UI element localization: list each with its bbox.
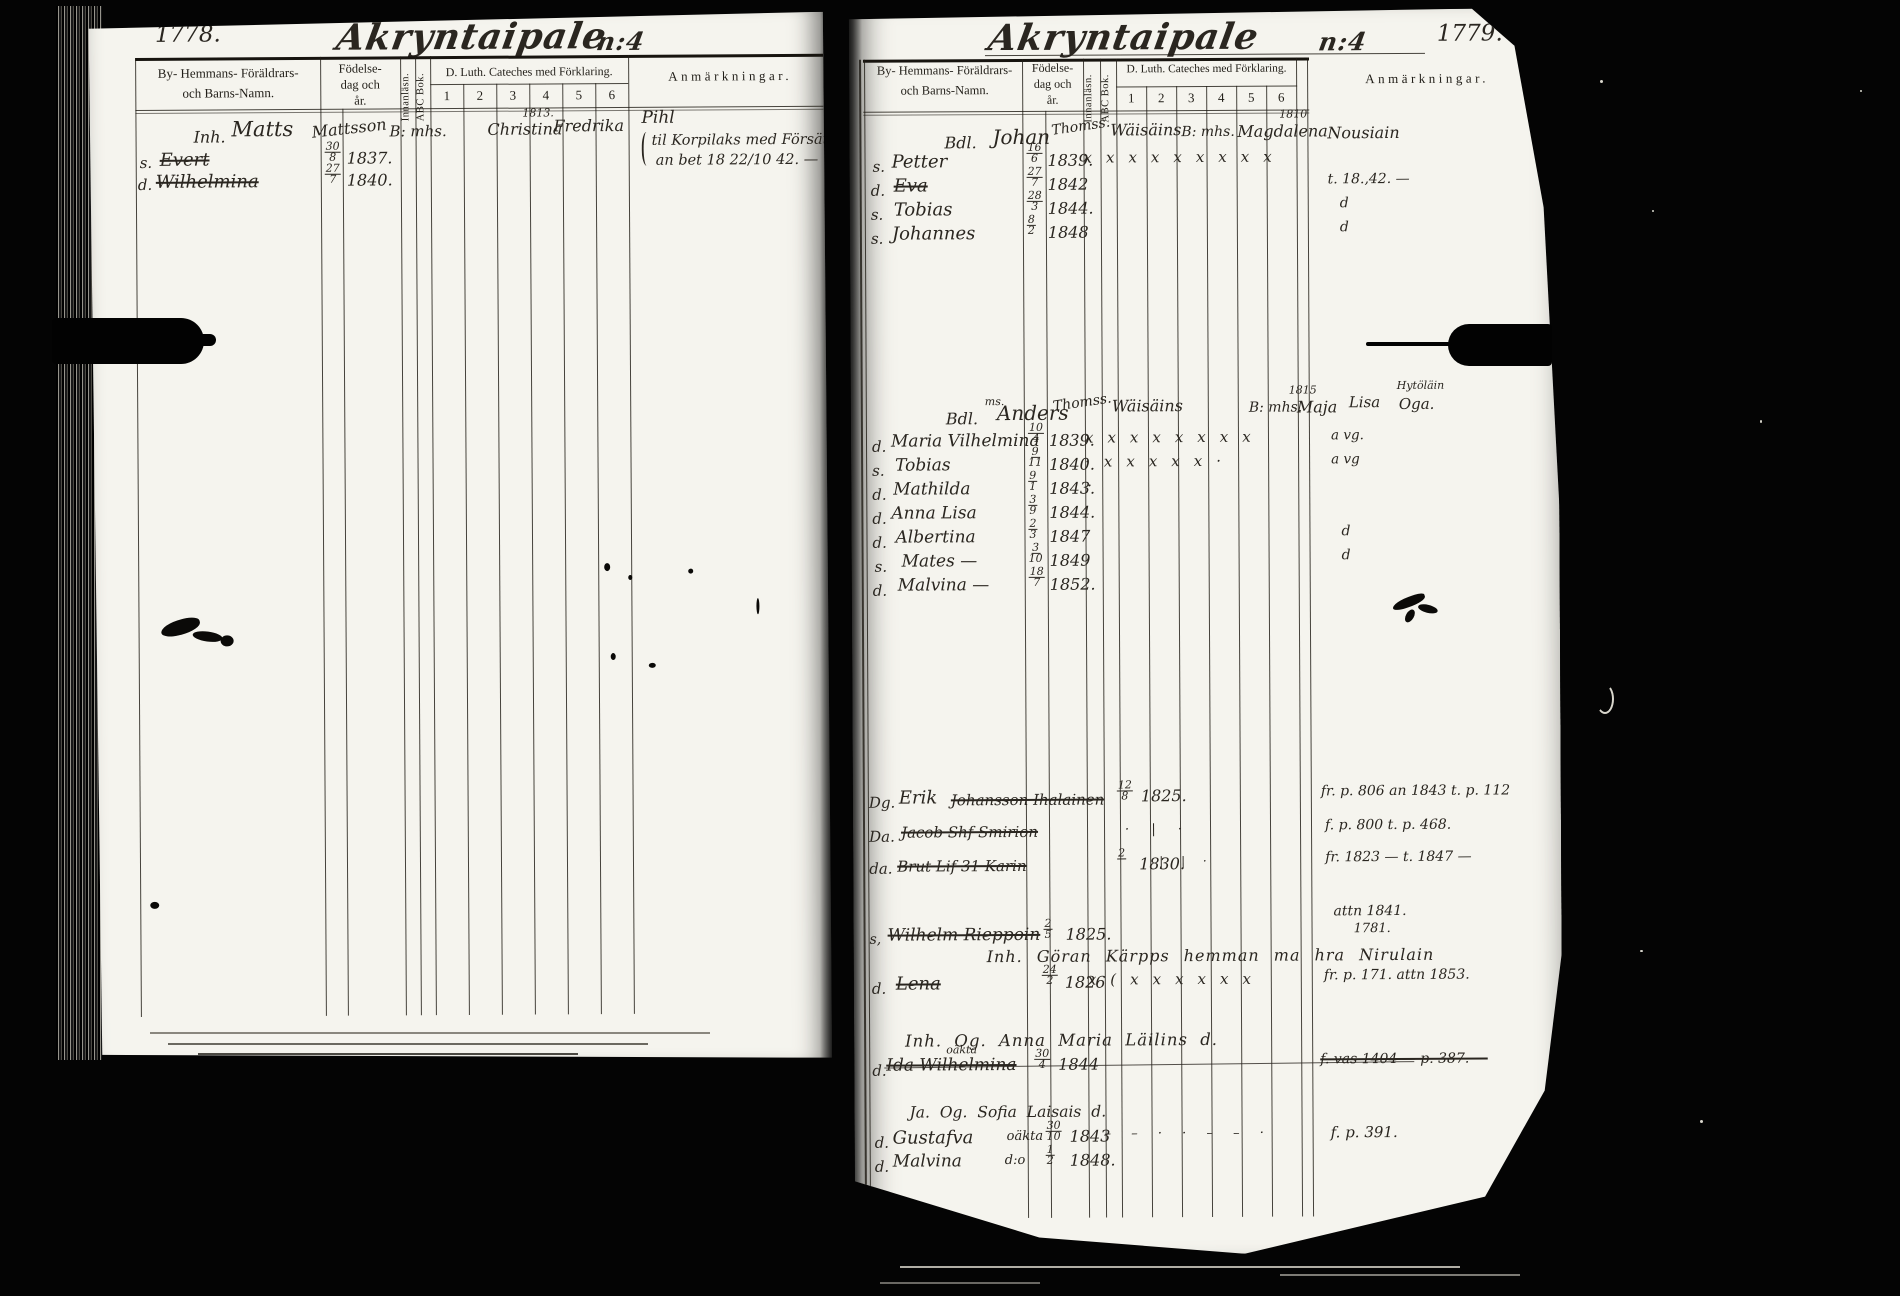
birth-day: 2 <box>1117 848 1126 859</box>
dust-speck <box>1760 420 1762 423</box>
catechism-marks: · <box>1087 477 1106 495</box>
dust-speck <box>1700 1120 1703 1123</box>
birth-year: 1852. <box>1050 575 1096 594</box>
family-head-wife-abbr: B: mhs. <box>1249 399 1302 415</box>
child-name: Tobias <box>894 199 953 220</box>
birth-year: 1848. <box>1070 1150 1116 1169</box>
remark: fr. p. 806 an 1843 t. p. 112 <box>1321 782 1510 799</box>
birth-year: 1849 <box>1050 551 1091 570</box>
col-line-reading <box>415 56 422 1015</box>
scan-streak <box>880 1282 1040 1284</box>
birth-day-fraction: 104 <box>1028 423 1044 444</box>
register-title-number: n:4 <box>595 27 648 56</box>
birth-month: 11 <box>1028 458 1042 468</box>
child-name: Maria Vilhelmina <box>891 431 1040 452</box>
child-relation: d. <box>875 1158 889 1176</box>
ink-speck <box>688 569 693 574</box>
family-head-wife-year: 1810 <box>1279 107 1307 120</box>
register-title-number: n:4 <box>1316 27 1369 56</box>
family-head-patronym: Mattsson <box>311 115 388 142</box>
table-left-border <box>135 58 142 1017</box>
book-gutter <box>820 6 862 1250</box>
column-header-reading: Innanläsn. <box>400 59 415 121</box>
child-relation: d. <box>872 486 886 504</box>
remark: f. p. 800 t. p. 468. <box>1325 817 1451 834</box>
catechism-col-2: 2 <box>463 88 496 104</box>
catechism-col-6: 6 <box>1266 90 1296 106</box>
ink-speck <box>604 563 610 571</box>
row-note: d:o <box>1005 1153 1026 1168</box>
child-relation: d. <box>873 582 887 600</box>
child-name: Anna Lisa <box>891 503 976 523</box>
birth-month: 9 <box>1029 506 1036 516</box>
family-head-wife-year: 1813. <box>522 106 554 119</box>
ink-speck <box>150 902 159 909</box>
family-head-patronym: Thomss. <box>1052 390 1113 414</box>
birth-month: 3 <box>1029 530 1036 540</box>
child-name: Wilhelmina <box>156 171 259 193</box>
col-line-c2 <box>496 84 503 1015</box>
register-title: Akryntaipale <box>985 16 1262 59</box>
birth-year: 1848 <box>1048 223 1089 242</box>
birth-year: 1825. <box>1141 786 1187 805</box>
birth-year: 1844. <box>1049 503 1095 522</box>
page-stack-edge <box>168 1043 648 1045</box>
family-head-patronym: Thomss. <box>1051 114 1112 138</box>
child-relation: d. <box>875 1134 889 1152</box>
book-clasp-left <box>52 318 204 364</box>
family-head-wife-second: Fredrika <box>553 116 624 135</box>
birth-year: 1840. <box>347 170 393 189</box>
birth-day-fraction: 2 <box>1117 848 1126 859</box>
birth-month: 6 <box>1031 154 1038 164</box>
col-line-names <box>320 57 327 1016</box>
birth-day-fraction: 277 <box>325 164 341 185</box>
page-number: 1779. <box>1437 20 1503 46</box>
birth-day-fraction: 166 <box>1026 143 1042 164</box>
birth-year: 1847 <box>1049 527 1090 546</box>
column-header-names-1: By- Hemmans- Föräldrars- <box>867 63 1022 79</box>
row-relation: d. <box>872 1062 886 1080</box>
book-clasp-right-tip <box>1366 342 1452 346</box>
birth-day-fraction: 91 <box>1028 471 1037 492</box>
row-relation: d. <box>872 980 886 998</box>
row-name-struck: Wilhelm Rieppoin <box>888 925 1041 946</box>
col-line-birthyear <box>400 56 407 1015</box>
birth-day-fraction: 3010 <box>1046 1121 1062 1142</box>
page-number: 1778. <box>155 21 221 47</box>
remark: d <box>1341 523 1350 539</box>
remark-line-1: til Korpilaks med Försäts <box>652 132 836 149</box>
birth-month: 7 <box>1033 578 1040 588</box>
birth-month: 8 <box>1121 791 1128 801</box>
register-title: Akryntaipale <box>333 15 610 59</box>
catechism-col-3: 3 <box>1176 90 1206 106</box>
family-head-wife-second: Lisa <box>1349 393 1381 411</box>
family-head-wife-first: Christina <box>487 119 562 138</box>
family-head-wife-abbr: B: mhs. <box>389 122 446 140</box>
ink-blot <box>221 635 234 646</box>
scan-streak <box>900 1266 1460 1268</box>
ink-speck <box>649 663 656 668</box>
remark: 1781. <box>1354 921 1391 936</box>
col-line-c4 <box>562 83 569 1014</box>
birth-year: 1837. <box>347 148 393 167</box>
remark: t. 18.,42. — <box>1328 171 1410 187</box>
column-header-birth-2: dag och <box>1022 77 1083 92</box>
catechism-marks: x(xxxxxx <box>1088 970 1265 989</box>
family-head-wife-abbr: B: mhs. <box>1181 124 1234 140</box>
child-relation: d. <box>872 438 886 456</box>
column-header-birth-3: år. <box>320 93 400 108</box>
child-name: Malvina — <box>898 575 990 595</box>
catechism-col-5: 5 <box>562 87 595 103</box>
stray-pen-mark <box>756 598 759 614</box>
remark: fr. 1823 — t. 1847 — <box>1325 849 1471 866</box>
dust-speck <box>1860 90 1862 92</box>
col-line-abc <box>430 56 437 1015</box>
catechism-col-6: 6 <box>595 87 628 103</box>
birth-month: 1 <box>1029 482 1036 492</box>
birth-day-fraction: 12 <box>1046 1145 1055 1166</box>
catechism-marks: – – · · – – · <box>1105 1126 1272 1142</box>
birth-day-fraction: 911 <box>1028 447 1042 468</box>
child-name: Johannes <box>892 223 976 244</box>
family-head-wife-note: Hytöläin <box>1397 379 1445 392</box>
child-name: Tobias <box>895 455 951 475</box>
row-name-struck: Jacob Shf Smirion <box>901 823 1038 842</box>
row-relation: Dg. <box>869 794 896 812</box>
row-relation: da. <box>869 860 892 878</box>
col-line-remarks <box>1307 57 1314 1216</box>
remark: f. vas 1404 — p. 387. — <box>1320 1051 1488 1068</box>
child-relation: s. <box>873 158 886 176</box>
remark-line-2: an bet 18 22/10 42. — <box>656 152 819 169</box>
catechism-col-4: 4 <box>529 87 562 103</box>
remark: fr. p. 171. attn 1853. <box>1324 967 1470 984</box>
remark-brace <box>642 132 652 166</box>
ink-blot <box>192 630 223 644</box>
catechism-col-1: 1 <box>430 88 463 104</box>
child-relation: s. <box>875 558 888 576</box>
column-header-abc: ABC Bok. <box>1100 60 1116 122</box>
page-stack-edge <box>198 1053 578 1055</box>
child-name: Mathilda <box>893 479 970 499</box>
col-line-catechism-end <box>1296 58 1303 1217</box>
household-note-line: Ja. Og. Sofia Laisais d. <box>909 1103 1106 1122</box>
scan-streak <box>1280 1274 1520 1276</box>
birth-day-fraction: 25 <box>1043 919 1052 940</box>
catechism-marks: | | · <box>1159 854 1214 868</box>
book-clasp-left-tip <box>198 334 216 346</box>
col-line-c4 <box>1236 86 1243 1217</box>
catechism-col-4: 4 <box>1206 90 1236 106</box>
scanned-register-spread: { "scan": {"background":"#040404","paper… <box>0 0 1900 1296</box>
column-header-names-2: och Barns-Namn. <box>147 85 309 102</box>
column-header-names-1: By- Hemmans- Föräldrars- <box>147 65 309 82</box>
catechism-marks: ·xxxxx· <box>1085 452 1235 471</box>
birth-day-fraction: 82 <box>1027 215 1036 236</box>
child-relation: s. <box>140 154 153 172</box>
family-head-surname: Wäisäins <box>1112 396 1183 415</box>
column-header-birth-3: år. <box>1022 93 1083 108</box>
remark: d <box>1342 547 1351 563</box>
child-relation: d. <box>872 534 886 552</box>
dust-speck <box>1600 80 1603 83</box>
birth-month: 3 <box>1031 202 1038 212</box>
catechism-col-3: 3 <box>496 88 529 104</box>
row-name: Erik <box>899 787 938 808</box>
birth-day-fraction: 242 <box>1042 965 1058 986</box>
birth-year: 1844. <box>1048 199 1094 218</box>
birth-day-fraction: 308 <box>325 142 341 163</box>
remark-surname: Nousiain <box>1327 123 1399 142</box>
family-head-wife-first: Maja <box>1297 397 1338 416</box>
column-header-reading: Innanläsn. <box>1083 61 1099 123</box>
ink-speck <box>611 653 616 660</box>
family-head-prefix: Inh. <box>193 127 225 146</box>
remark-surname: Pihl <box>641 108 674 128</box>
dust-speck <box>1652 210 1654 212</box>
child-name: Gustafva <box>893 1127 974 1148</box>
child-relation: d. <box>871 182 885 200</box>
column-header-birth-1: Födelse- <box>1022 61 1083 76</box>
remark: d <box>1340 195 1349 211</box>
row-note: oäkta <box>1007 1129 1044 1144</box>
birth-day-fraction: 39 <box>1028 495 1037 516</box>
child-relation: s. <box>872 462 885 480</box>
birth-day-fraction: 23 <box>1028 519 1037 540</box>
family-head-prefix: Bdl. <box>944 133 976 152</box>
right-page: Akryntaipale n:4 1779. By- Hemmans- Förä… <box>849 8 1564 1256</box>
row-relation: Da. <box>869 828 895 846</box>
column-header-names-2: och Barns-Namn. <box>867 83 1022 99</box>
scan-background: 1778. Akryntaipale n:4 By- Hemmans- Förä… <box>0 0 1900 1296</box>
child-name: Evert <box>160 150 210 171</box>
column-header-remarks: Anmärkningar. <box>645 68 815 85</box>
birth-month: 10 <box>1047 1132 1061 1142</box>
left-page: 1778. Akryntaipale n:4 By- Hemmans- Förä… <box>85 12 832 1063</box>
col-line-c3 <box>529 84 536 1015</box>
column-header-remarks: Anmärkningar. <box>1327 70 1527 87</box>
catechism-col-5: 5 <box>1236 90 1266 106</box>
birth-day-fraction: 283 <box>1027 191 1043 212</box>
birth-year: 1842 <box>1048 175 1089 194</box>
row-note: oäkta <box>946 1043 977 1056</box>
remark: a vg <box>1331 451 1360 467</box>
family-head-wife-first: Magdalena <box>1237 121 1327 140</box>
child-relation: s. <box>871 230 884 248</box>
child-relation: d. <box>872 510 886 528</box>
birth-day-fraction: 187 <box>1029 567 1045 588</box>
scratch-mark <box>1596 684 1614 714</box>
family-head-wife-year: 1815 <box>1289 383 1317 396</box>
birth-month: 7 <box>329 175 336 185</box>
page-stack-edge <box>150 1032 710 1034</box>
ink-speck <box>628 575 632 580</box>
row-relation: s, <box>870 932 882 948</box>
birth-month: 2 <box>1028 226 1035 236</box>
child-name: Albertina <box>895 527 975 547</box>
col-line-c1 <box>463 84 470 1015</box>
birth-day-fraction: 310 <box>1029 543 1043 564</box>
remark: d <box>1340 219 1349 235</box>
row-name-struck: Johansson Ihalainen <box>951 791 1105 810</box>
remark: f. p. 391. <box>1331 1123 1398 1141</box>
birth-month: 2 <box>1047 1156 1054 1166</box>
child-name: Malvina <box>893 1151 962 1171</box>
row-name-struck: Brut Lif 31 Karin <box>897 857 1026 876</box>
birth-day-fraction: 277 <box>1027 167 1043 188</box>
col-line-remarks <box>628 55 635 1014</box>
catechism-col-1: 1 <box>1116 90 1146 106</box>
pen-doodle <box>1417 603 1438 616</box>
column-header-catechism: D. Luth. Cateches med Förklaring. <box>1117 63 1296 76</box>
child-name: Mates — <box>902 551 978 571</box>
col-line-birthday <box>342 109 349 1016</box>
birth-month: 2 <box>1046 976 1053 986</box>
column-header-abc: ABC Bok. <box>415 59 430 121</box>
row-name-struck: Lena <box>896 973 941 994</box>
family-head-father: Matts <box>231 117 293 141</box>
remark: a vg. <box>1331 427 1364 443</box>
column-header-birth-1: Födelse- <box>320 61 400 76</box>
dust-speck <box>1640 950 1643 952</box>
child-name: Petter <box>891 151 947 172</box>
child-name: Eva <box>894 175 928 196</box>
remark: attn 1841. <box>1333 903 1406 919</box>
child-relation: s. <box>871 206 884 224</box>
col-line-c5 <box>595 83 602 1014</box>
child-relation: d. <box>138 176 152 194</box>
book-clasp-right <box>1448 324 1552 366</box>
birth-day-fraction: 128 <box>1117 780 1133 801</box>
family-head-prefix: Bdl. <box>946 409 978 428</box>
col-line-c5 <box>1266 86 1273 1217</box>
catechism-marks: · | · <box>1125 822 1191 837</box>
birth-month: 5 <box>1045 930 1052 940</box>
birth-month: 4 <box>1032 434 1039 444</box>
birth-month: 7 <box>1031 178 1038 188</box>
family-head-wife-surname: Oga. <box>1399 395 1435 413</box>
catechism-marks: xxxxxxxxx <box>1083 148 1285 167</box>
column-header-birth-2: dag och <box>320 77 400 92</box>
family-head-surname: Wäisäins <box>1110 120 1181 139</box>
catechism-col-2: 2 <box>1146 90 1176 106</box>
pen-doodle <box>1403 608 1417 624</box>
birth-year: 1825. <box>1066 924 1112 943</box>
birth-month: 10 <box>1029 554 1043 564</box>
column-header-catechism: D. Luth. Cateches med Förklaring. <box>432 64 626 80</box>
catechism-marks: xxxxxxxx <box>1085 428 1265 447</box>
